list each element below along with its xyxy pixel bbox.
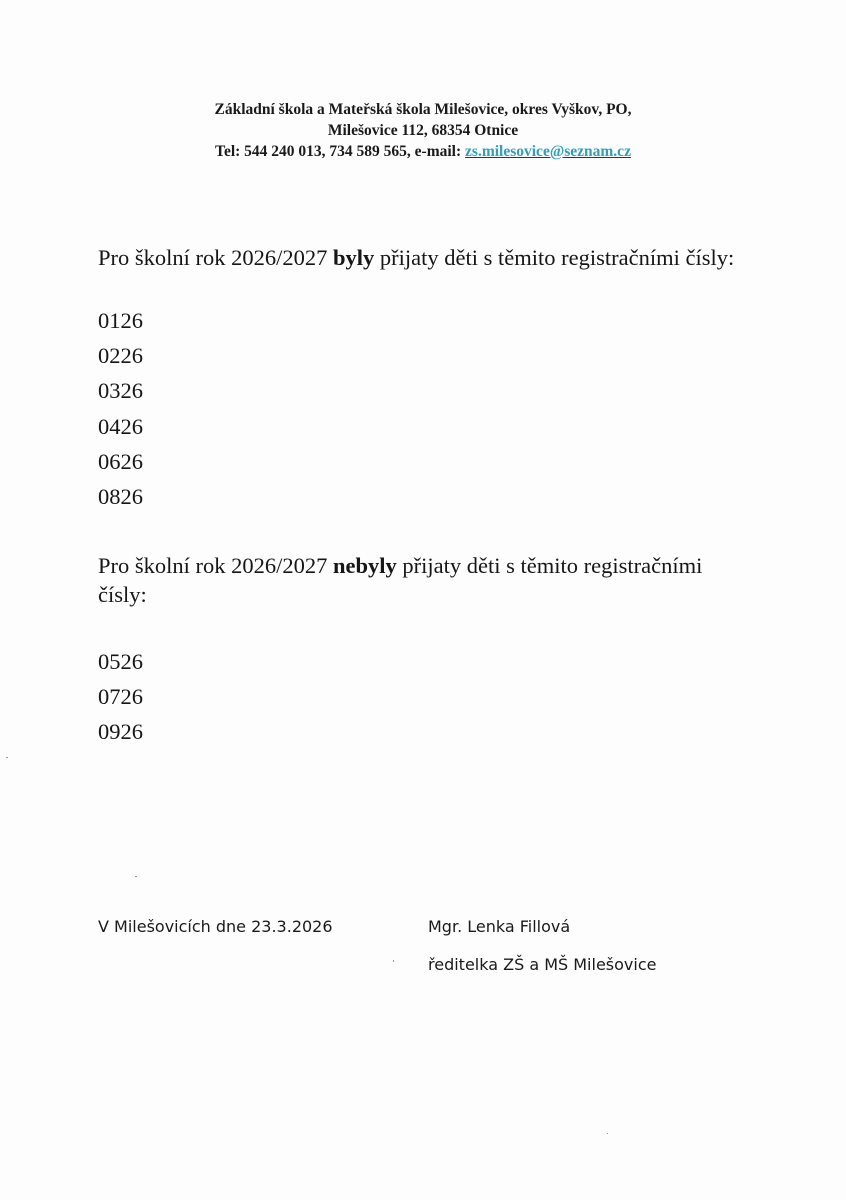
accepted-text-before: Pro školní rok 2026/2027 [98,245,333,270]
scan-speck [6,757,8,758]
accepted-number: 0326 [98,373,143,408]
accepted-emphasis: byly [333,245,374,270]
accepted-number: 0226 [98,338,143,373]
accepted-number: 0826 [98,479,143,514]
email-link[interactable]: zs.milesovice@seznam.cz [465,143,631,160]
rejected-numbers-list: 0526 0726 0926 [98,644,143,750]
rejected-text-before: Pro školní rok 2026/2027 [98,553,333,578]
scan-speck [135,876,137,877]
signer-role: ředitelka ZŠ a MŠ Milešovice [428,955,656,974]
accepted-numbers-list: 0126 0226 0326 0426 0626 0826 [98,303,143,514]
school-letterhead: Základní škola a Mateřská škola Milešovi… [0,99,846,162]
rejected-number: 0926 [98,714,143,749]
rejected-number: 0526 [98,644,143,679]
accepted-number: 0626 [98,444,143,479]
accepted-text-after: přijaty děti s těmito registračními čísl… [374,245,734,270]
signer-name: Mgr. Lenka Fillová [428,917,570,936]
rejected-heading: Pro školní rok 2026/2027 nebyly přijaty … [98,551,738,609]
scan-speck [393,960,394,962]
place-and-date: V Milešovicích dne 23.3.2026 [98,917,333,936]
accepted-number: 0426 [98,409,143,444]
accepted-number: 0126 [98,303,143,338]
contact-phones: Tel: 544 240 013, 734 589 565, e-mail: [215,143,465,160]
rejected-emphasis: nebyly [333,553,397,578]
scan-speck [607,1133,608,1134]
school-address: Milešovice 112, 68354 Otnice [0,120,846,141]
rejected-number: 0726 [98,679,143,714]
school-name: Základní škola a Mateřská škola Milešovi… [0,99,846,120]
school-contact: Tel: 544 240 013, 734 589 565, e-mail: z… [0,141,846,162]
accepted-heading: Pro školní rok 2026/2027 byly přijaty dě… [98,243,778,272]
